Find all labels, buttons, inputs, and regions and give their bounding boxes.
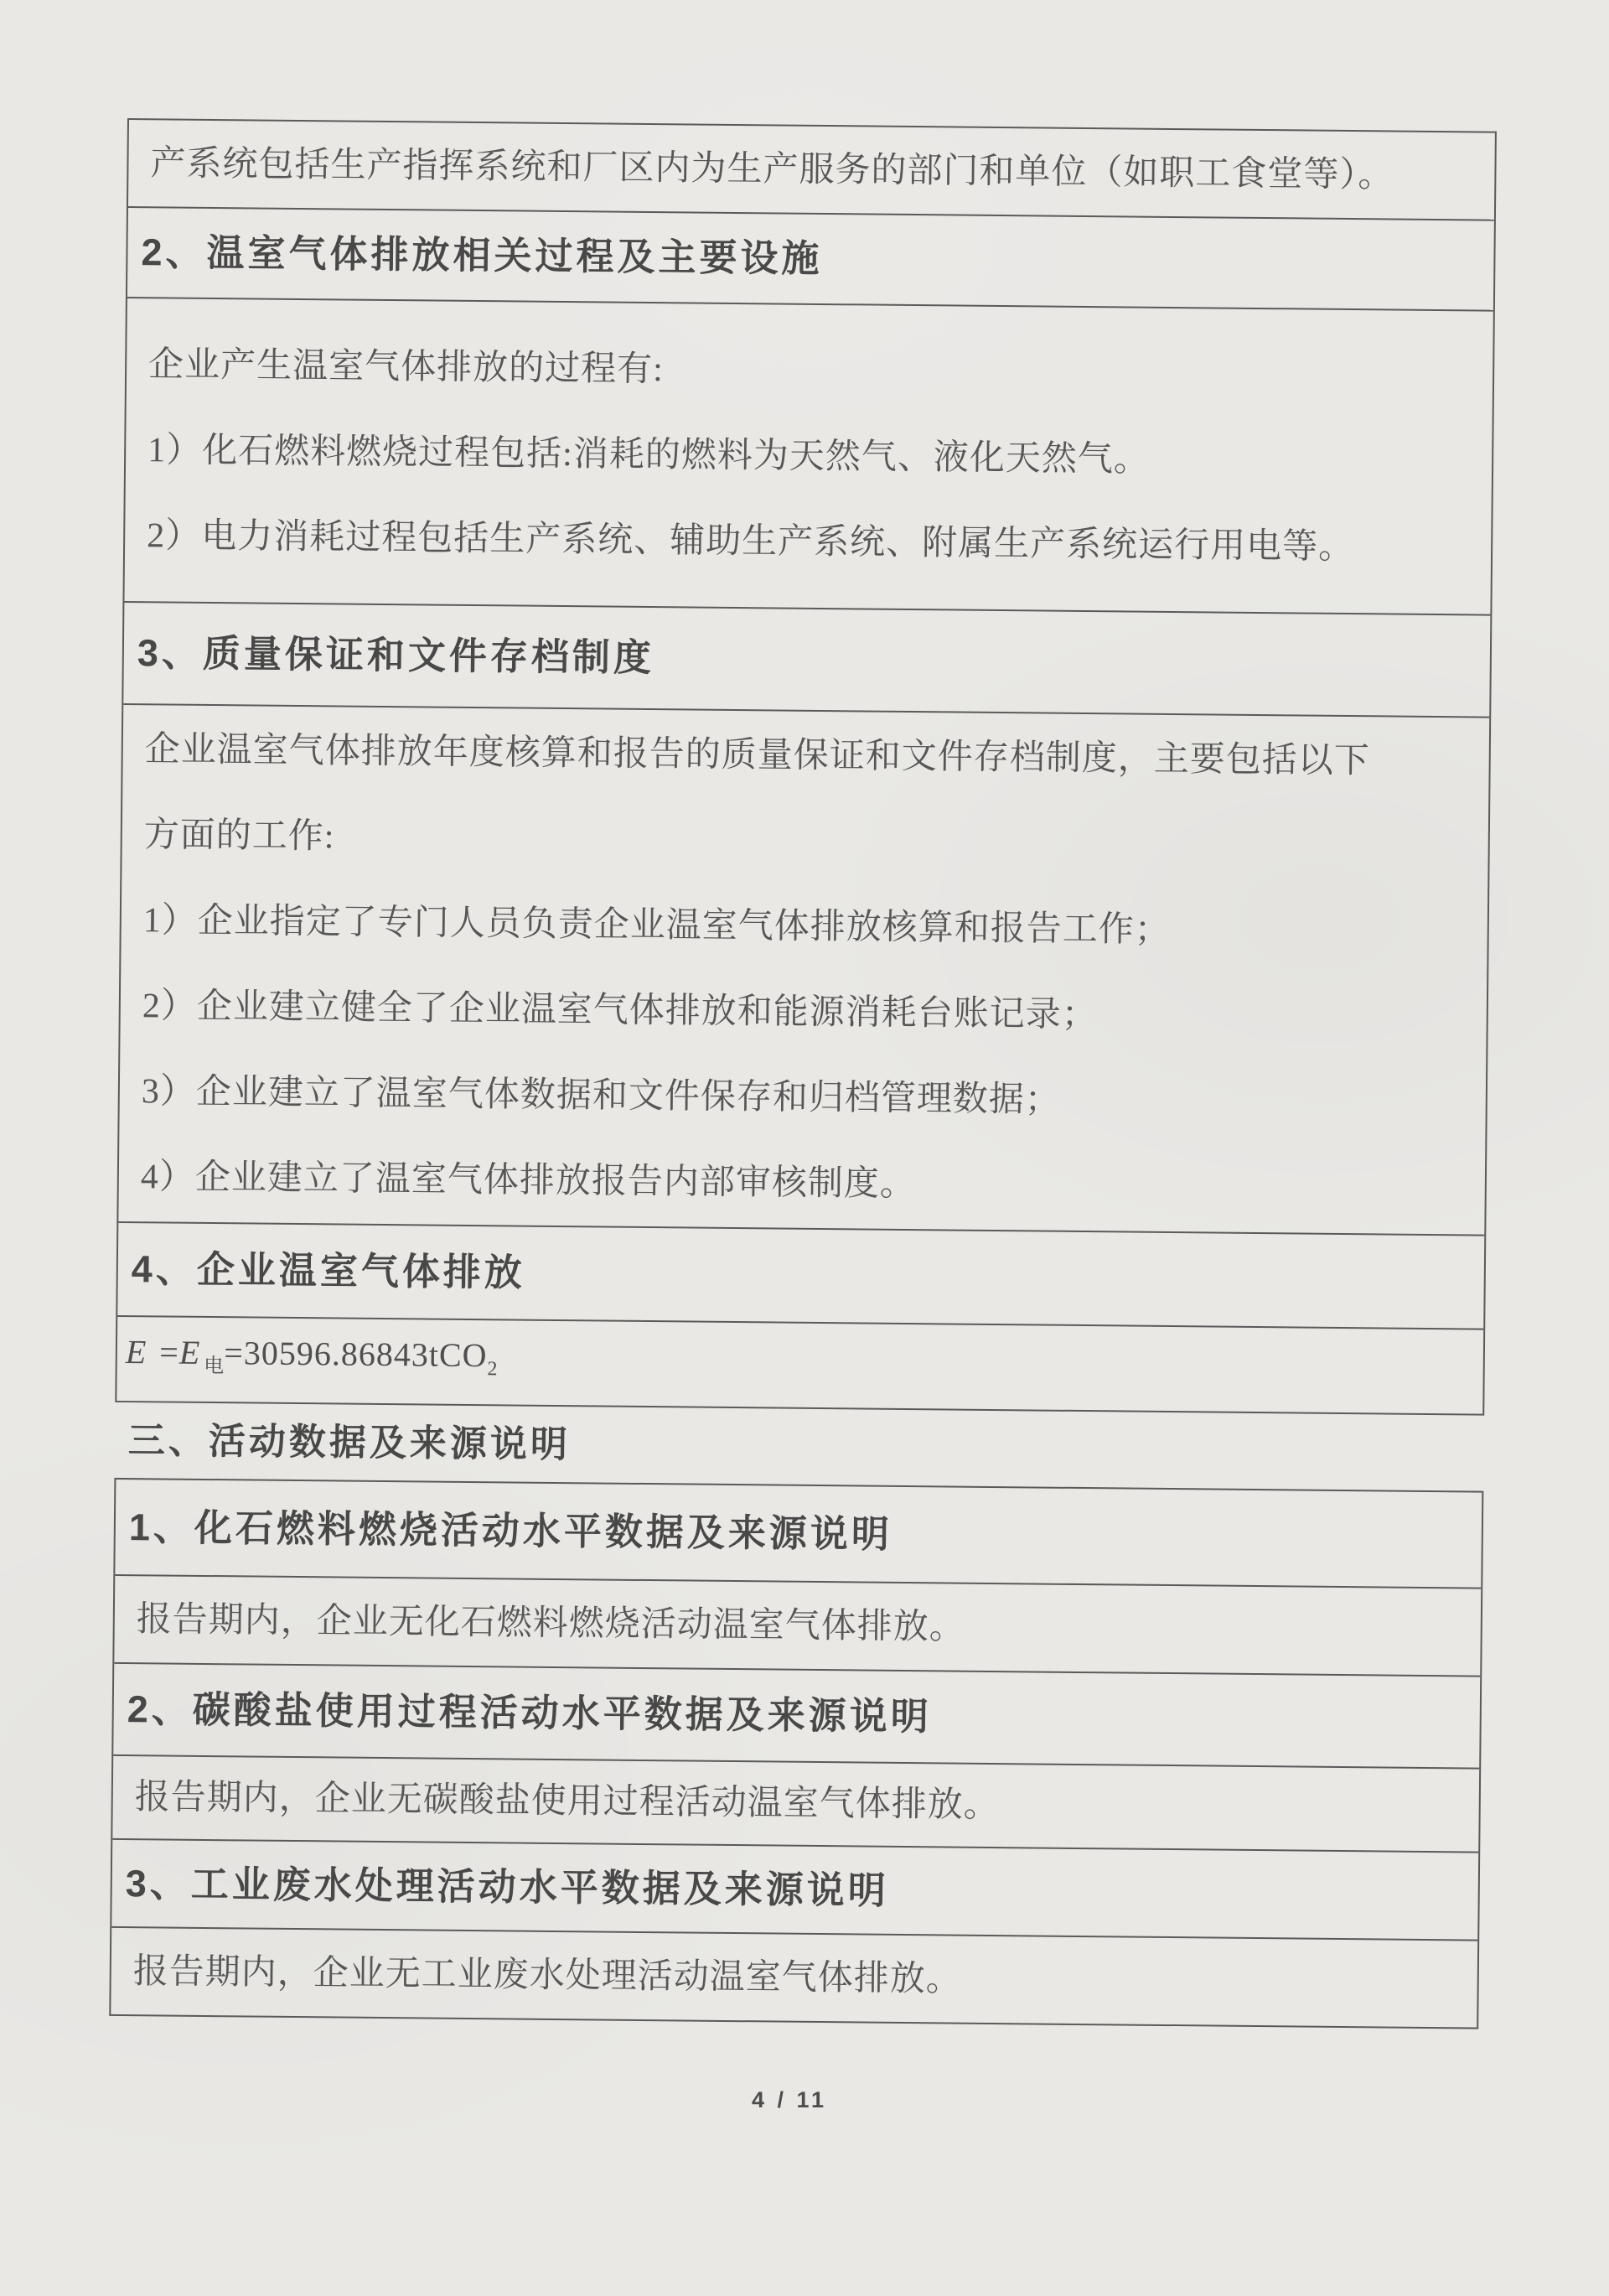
paragraph: 报告期内，企业无碳酸盐使用过程活动温室气体排放。: [135, 1777, 1464, 1830]
scanned-document-page: 产系统包括生产指挥系统和厂区内为生产服务的部门和单位（如职工食堂等）。 2、温室…: [0, 0, 1609, 2296]
paragraph: 企业温室气体排放年度核算和报告的质量保证和文件存档制度，主要包括以下: [145, 729, 1474, 782]
table-activity-data: 1、化石燃料燃烧活动水平数据及来源说明 报告期内，企业无化石燃料燃烧活动温室气体…: [109, 1478, 1483, 2029]
document-content: 产系统包括生产指挥系统和厂区内为生产服务的部门和单位（如职工食堂等）。 2、温室…: [109, 118, 1497, 2029]
table-row-fossil-fuel-statement: 报告期内，企业无化石燃料燃烧活动温室气体排放。: [114, 1576, 1481, 1677]
table-row-production-system-note: 产系统包括生产指挥系统和厂区内为生产服务的部门和单位（如职工食堂等）。: [128, 120, 1495, 221]
list-item: 2）企业建立健全了企业温室气体排放和能源消耗台账记录；: [142, 986, 1472, 1039]
table-ghg-report-part1: 产系统包括生产指挥系统和厂区内为生产服务的部门和单位（如职工食堂等）。 2、温室…: [115, 118, 1497, 1416]
formula-equals: =: [150, 1333, 179, 1371]
section-heading-text: 4、企业温室气体排放: [132, 1249, 1469, 1302]
table-row-heading-qa-archive: 3、质量保证和文件存档制度: [123, 603, 1490, 718]
table-row-ghg-process-list: 企业产生温室气体排放的过程有: 1）化石燃料燃烧过程包括:消耗的燃料为天然气、液…: [124, 298, 1493, 616]
section-heading-text: 3、工业废水处理活动水平数据及来源说明: [126, 1863, 1463, 1916]
table-row-heading-fossil-fuel: 1、化石燃料燃烧活动水平数据及来源说明: [115, 1480, 1482, 1589]
section-heading-activity-data: 三、活动数据及来源说明: [115, 1422, 1484, 1474]
formula-value: =30596.86843tCO: [224, 1334, 488, 1374]
list-item: 2）电力消耗过程包括生产系统、辅助生产系统、附属生产系统运行用电等。: [147, 516, 1476, 568]
emission-formula: E =E电=30596.86843tCO2: [125, 1332, 1468, 1398]
table-row-emission-formula: E =E电=30596.86843tCO2: [116, 1317, 1483, 1414]
paragraph: 方面的工作:: [144, 815, 1473, 868]
formula-var-E-electric: E: [179, 1334, 204, 1371]
section-heading-text: 2、温室气体排放相关过程及主要设施: [141, 232, 1478, 285]
formula-subscript-2: 2: [487, 1358, 497, 1380]
paragraph: 报告期内，企业无工业废水处理活动温室气体排放。: [133, 1951, 1462, 2004]
section-heading-text: 3、质量保证和文件存档制度: [137, 633, 1475, 686]
table-row-wastewater-statement: 报告期内，企业无工业废水处理活动温室气体排放。: [111, 1928, 1477, 2028]
list-item: 3）企业建立了温室气体数据和文件保存和归档管理数据；: [142, 1071, 1471, 1124]
page-number: 4 / 11: [0, 2087, 1579, 2113]
table-row-carbonate-statement: 报告期内，企业无碳酸盐使用过程活动温室气体排放。: [112, 1756, 1479, 1853]
list-item: 1）化石燃料燃烧过程包括:消耗的燃料为天然气、液化天然气。: [147, 430, 1477, 483]
table-row-heading-enterprise-emissions: 4、企业温室气体排放: [117, 1223, 1484, 1330]
section-heading-text: 2、碳酸盐使用过程活动水平数据及来源说明: [127, 1689, 1465, 1742]
table-row-heading-carbonate: 2、碳酸盐使用过程活动水平数据及来源说明: [113, 1664, 1480, 1770]
paragraph: 企业产生温室气体排放的过程有:: [148, 345, 1477, 397]
list-item: 4）企业建立了温室气体排放报告内部审核制度。: [141, 1157, 1470, 1210]
paragraph: 产系统包括生产指挥系统和厂区内为生产服务的部门和单位（如职工食堂等）。: [150, 143, 1479, 196]
paragraph: 报告期内，企业无化石燃料燃烧活动温室气体排放。: [137, 1599, 1466, 1652]
formula-subscript-electric: 电: [204, 1355, 224, 1377]
table-row-qa-archive-details: 企业温室气体排放年度核算和报告的质量保证和文件存档制度，主要包括以下 方面的工作…: [118, 705, 1489, 1236]
table-row-heading-ghg-processes: 2、温室气体排放相关过程及主要设施: [127, 208, 1494, 312]
section-heading-text: 1、化石燃料燃烧活动水平数据及来源说明: [129, 1507, 1467, 1560]
formula-var-E: E: [126, 1333, 151, 1371]
list-item: 1）企业指定了专门人员负责企业温室气体排放核算和报告工作；: [143, 900, 1472, 953]
table-row-heading-wastewater: 3、工业废水处理活动水平数据及来源说明: [111, 1840, 1478, 1941]
